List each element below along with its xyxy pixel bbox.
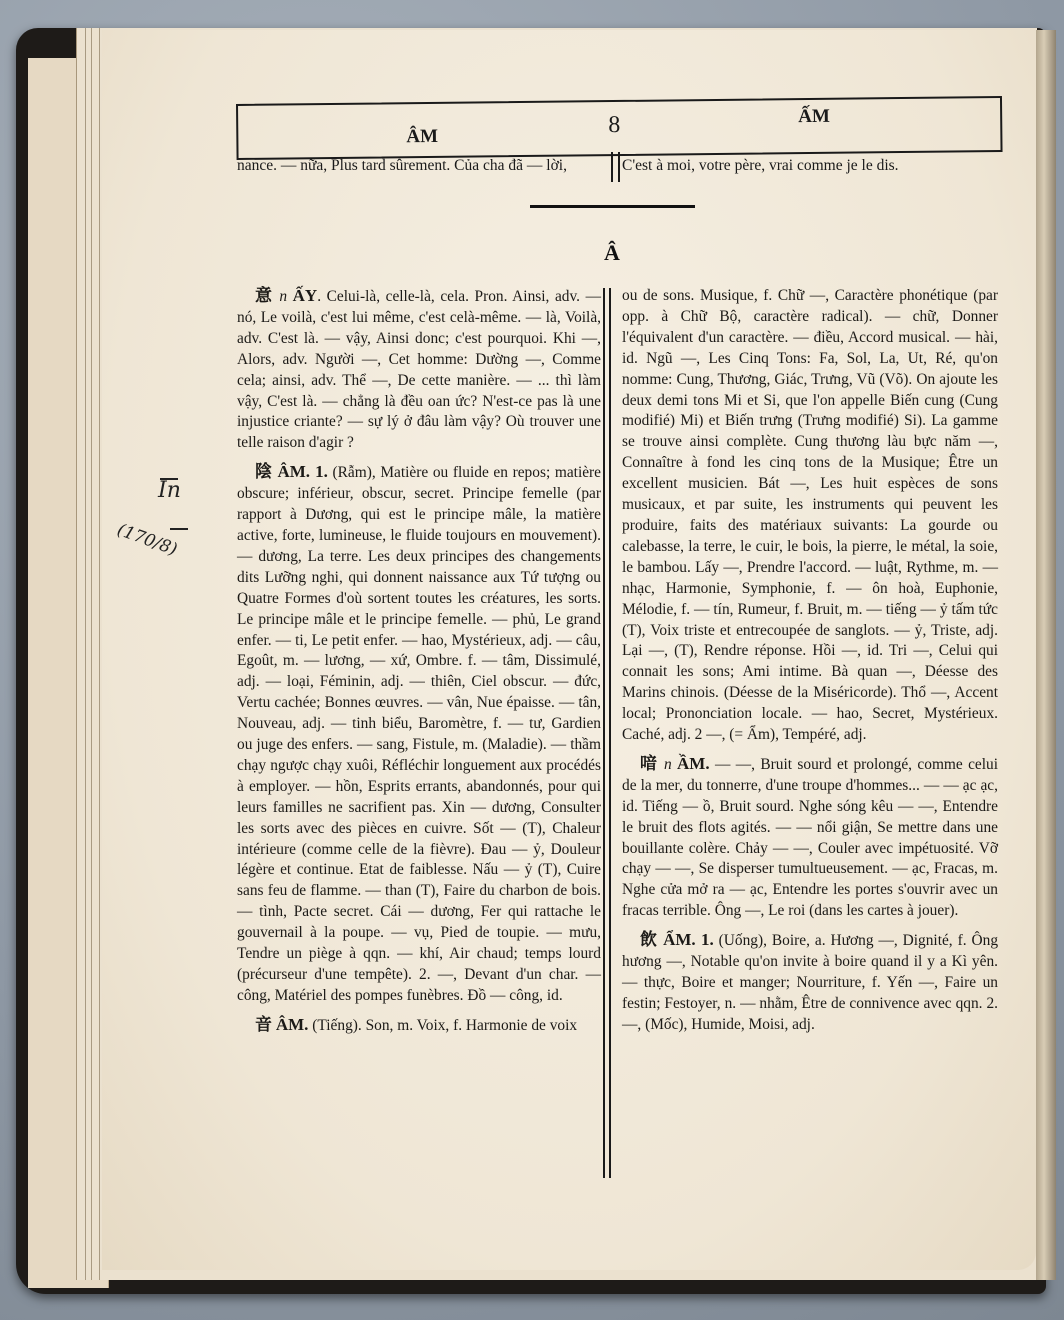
- entry-hanzi: 音: [255, 1015, 272, 1035]
- running-head-left: ÂM: [406, 126, 438, 148]
- running-head-right: ẤM: [798, 106, 830, 128]
- entry-ay: 意 n ẤY. Celui-là, celle-là, cela. Pron. …: [237, 286, 601, 454]
- entry-hanzi: 飲: [640, 930, 658, 950]
- entry-text: (Rẫm), Matière ou fluide en repos; matiè…: [237, 464, 601, 1004]
- entry-headword: ẦM.: [677, 754, 710, 773]
- entry-text: . Celui-là, celle-là, cela. Pron. Ainsi,…: [237, 288, 601, 451]
- section-rule: [530, 205, 695, 208]
- entry-hanzi: 陰: [255, 462, 273, 482]
- entry-text: ou de sons. Musique, f. Chữ —, Caractère…: [622, 287, 998, 743]
- entry-hanzi: 意: [255, 286, 274, 306]
- entry-am-sound-continued: ou de sons. Musique, f. Chữ —, Caractère…: [622, 286, 998, 746]
- entry-am-sound: 音 ÂM. (Tiếng). Son, m. Voix, f. Harmonie…: [237, 1015, 601, 1037]
- entry-headword: ẨM. 1.: [663, 930, 714, 949]
- entry-headword: ÂM.: [276, 1015, 309, 1034]
- left-column: 意 n ẤY. Celui-là, celle-là, cela. Pron. …: [237, 286, 601, 1045]
- entry-headword: ÂM. 1.: [277, 462, 327, 481]
- margin-mark-underline: [170, 528, 188, 530]
- section-letter: Â: [604, 240, 620, 266]
- entry-tag: n: [664, 756, 672, 773]
- entry-headword: ẤY: [293, 286, 318, 305]
- running-head: ÂM 8 ẤM: [236, 96, 1003, 160]
- right-page-edge: [1036, 30, 1056, 1280]
- right-column: ou de sons. Musique, f. Chữ —, Caractère…: [622, 286, 998, 1044]
- entry-am-rumble: 喑 n ẦM. — —, Bruit sourd et prolongé, co…: [622, 754, 998, 922]
- margin-note-mark: In: [158, 478, 181, 503]
- continuation-left: nance. — nữa, Plus tard sûrement. Của ch…: [237, 157, 567, 175]
- entry-text: — —, Bruit sourd et prolongé, comme celu…: [622, 756, 998, 919]
- continuation-right: C'est à moi, votre père, vrai comme je l…: [622, 157, 899, 175]
- entry-am-drink: 飲 ẨM. 1. (Uống), Boire, a. Hương —, Dign…: [622, 930, 998, 1036]
- entry-am-yin: 陰 ÂM. 1. (Rẫm), Matière ou fluide en rep…: [237, 462, 601, 1007]
- entry-tag: n: [279, 288, 287, 305]
- page-number: 8: [608, 112, 620, 139]
- column-divider: [603, 288, 611, 1178]
- column-divider-top: [611, 152, 620, 182]
- entry-text: (Tiếng). Son, m. Voix, f. Harmonie de vo…: [308, 1017, 577, 1034]
- entry-hanzi: 喑: [640, 754, 659, 774]
